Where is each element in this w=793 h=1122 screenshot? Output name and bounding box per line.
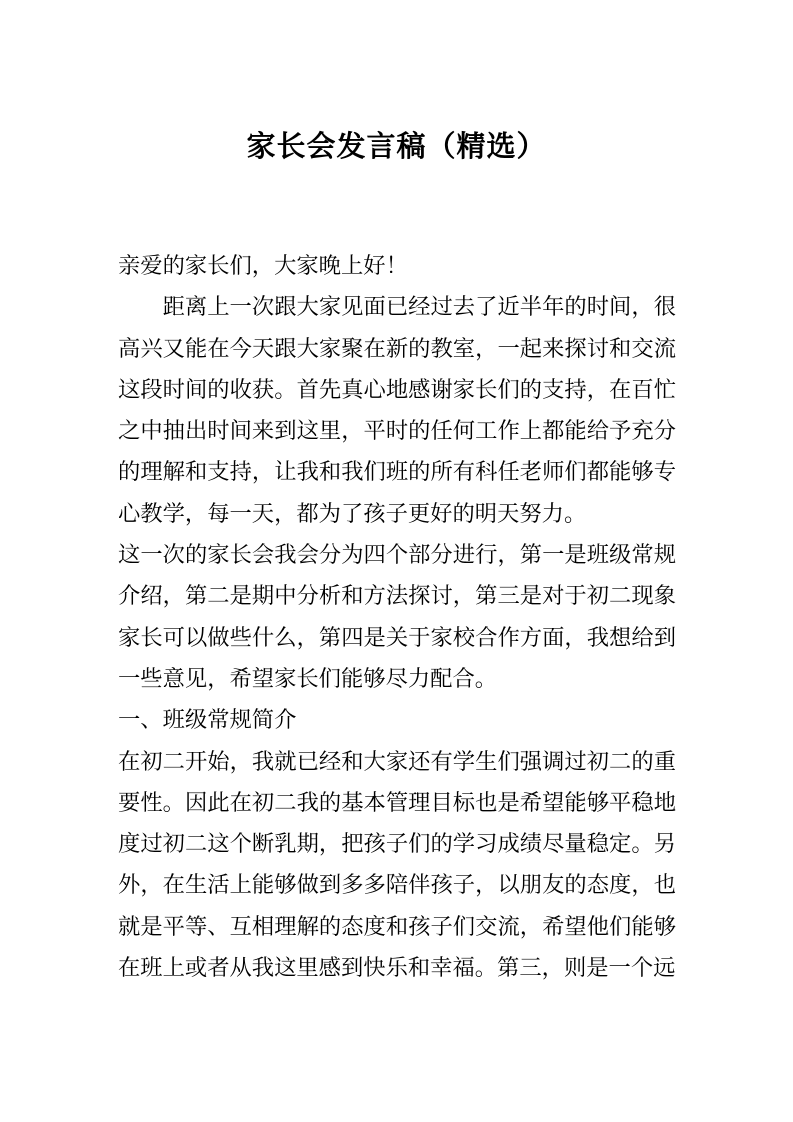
document-page: 家长会发言稿（精选） 亲爱的家长们，大家晚上好！距离上一次跟大家见面已经过去了近… bbox=[0, 0, 793, 1122]
paragraph: 这一次的家长会我会分为四个部分进行，第一是班级常规介绍，第二是期中分析和方法探讨… bbox=[118, 534, 676, 699]
paragraph: 亲爱的家长们，大家晚上好！ bbox=[118, 245, 676, 286]
paragraph: 在初二开始，我就已经和大家还有学生们强调过初二的重要性。因此在初二我的基本管理目… bbox=[118, 741, 676, 989]
document-body: 亲爱的家长们，大家晚上好！距离上一次跟大家见面已经过去了近半年的时间，很高兴又能… bbox=[118, 245, 676, 988]
paragraph: 距离上一次跟大家见面已经过去了近半年的时间，很高兴又能在今天跟大家聚在新的教室，… bbox=[118, 286, 676, 534]
document-title: 家长会发言稿（精选） bbox=[0, 126, 793, 168]
paragraph: 一、班级常规简介 bbox=[118, 699, 676, 740]
